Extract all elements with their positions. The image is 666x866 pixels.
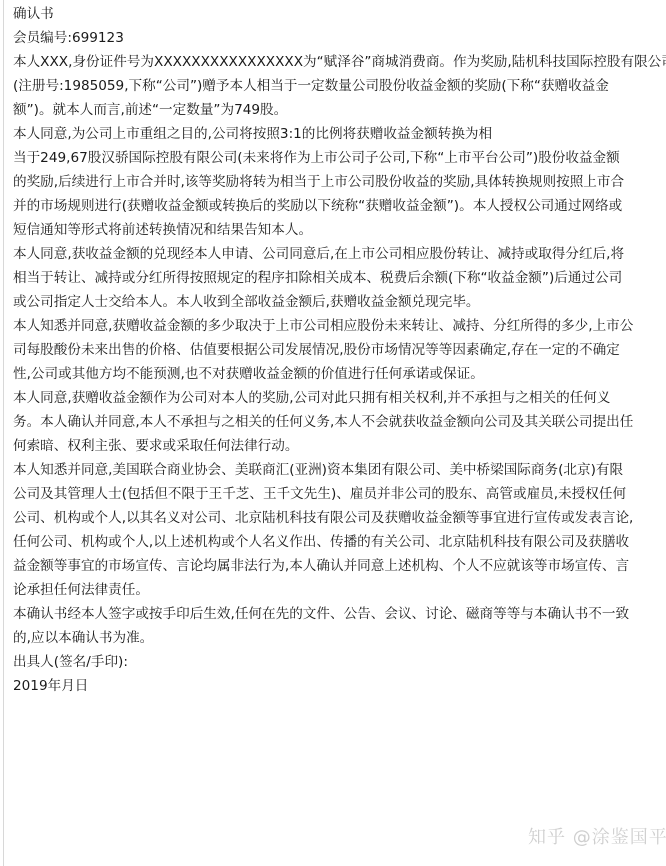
paragraph-obligations: 本人同意,获赠收益金额作为公司对本人的奖励,公司对此只拥有相关权利,并不承担与之… — [13, 386, 666, 458]
text-line: 本人知悉并同意,获赠收益金额的多少取决于上市公司相应股份未来转让、减持、分红所得… — [13, 314, 666, 338]
text-line: 何索暗、权利主张、要求或采取任何法律行动。 — [13, 434, 666, 458]
text-line: (注册号:1985059,下称“公司”)赠予本人相当于一定数量公司股份收益金额的… — [13, 74, 666, 98]
text-line: 或公司指定人士交给本人。本人收到全部收益金额后,获赠收益金额兑现完毕。 — [13, 290, 666, 314]
text-line: 并的市场规则进行(获赠收益金额或转换后的奖励以下统称“获赠收益金额”)。本人授权… — [13, 194, 666, 218]
paragraph-effectiveness: 本确认书经本人签字或按手印后生效,任何在先的文件、公告、会议、讨论、磁商等等与本… — [13, 602, 666, 650]
text-line: 短信通知等形式将前述转换情况和结果告知本人。 — [13, 218, 666, 242]
text-line: 相当于转让、减持或分红所得按照规定的程序扣除相关成本、税费后余额(下称“收益金额… — [13, 266, 666, 290]
date-line: 2019年月日 — [13, 674, 666, 698]
signer-label: 出具人(签名/手印): — [13, 650, 666, 674]
document-title: 确认书 — [13, 2, 666, 26]
text-line: 益金额等事宜的市场宣传、言论均属非法行为,本人确认并同意上述机构、个人不应就该等… — [13, 554, 666, 578]
confirmation-document: 确认书 会员编号:699123 本人XXX,身份证件号为XXXXXXXXXXXX… — [3, 0, 666, 866]
text-line: 本确认书经本人签字或按手印后生效,任何在先的文件、公告、会议、讨论、磁商等等与本… — [13, 602, 666, 626]
paragraph-grant: 本人XXX,身份证件号为XXXXXXXXXXXXXXXX为“赋泽谷”商城消费商。… — [13, 50, 666, 122]
text-line: 公司及其管理人士(包括但不限于王千芝、王千文先生)、雇员并非公司的股东、高管或雇… — [13, 482, 666, 506]
text-line: 本人同意,为公司上市重组之目的,公司将按照3:1的比例将获赠收益金额转换为相 — [13, 122, 666, 146]
text-line: 论承担任何法律责任。 — [13, 578, 666, 602]
zhihu-watermark: 知乎 @涂鉴国平创 — [528, 823, 666, 849]
text-line: 的奖励,后续进行上市合并时,该等奖励将转为相当于上市公司股份收益的奖励,具体转换… — [13, 170, 666, 194]
paragraph-uncertainty: 本人知悉并同意,获赠收益金额的多少取决于上市公司相应股份未来转让、减持、分红所得… — [13, 314, 666, 386]
text-line: 额”)。就本人而言,前述“一定数量”为749股。 — [13, 98, 666, 122]
paragraph-redemption: 本人同意,获收益金额的兑现经本人申请、公司同意后,在上市公司相应股份转让、减持或… — [13, 242, 666, 314]
member-number: 会员编号:699123 — [13, 26, 666, 50]
text-line: 本人同意,获收益金额的兑现经本人申请、公司同意后,在上市公司相应股份转让、减持或… — [13, 242, 666, 266]
text-line: 当于249,67股汉骄国际控股有限公司(未来将作为上市公司子公司,下称“上市平台… — [13, 146, 666, 170]
text-line: 公司、机构或个人,以其名义对公司、北京陆机科技有限公司及获赠收益金额等事宜进行宣… — [13, 506, 666, 530]
text-line: 本人XXX,身份证件号为XXXXXXXXXXXXXXXX为“赋泽谷”商城消费商。… — [13, 50, 666, 74]
text-line: 的,应以本确认书为准。 — [13, 626, 666, 650]
text-line: 本人同意,获赠收益金额作为公司对本人的奖励,公司对此只拥有相关权利,并不承担与之… — [13, 386, 666, 410]
paragraph-conversion: 本人同意,为公司上市重组之目的,公司将按照3:1的比例将获赠收益金额转换为相 当… — [13, 122, 666, 242]
text-line: 任何公司、机构或个人,以上述机构或个人名义作出、传播的有关公司、北京陆机科技有限… — [13, 530, 666, 554]
text-line: 务。本人确认并同意,本人不承担与之相关的任何义务,本人不会就获收益金额向公司及其… — [13, 410, 666, 434]
text-line: 性,公司或其他方均不能预测,也不对获赠收益金额的价值进行任何承诺或保证。 — [13, 362, 666, 386]
text-line: 本人知悉并同意,美国联合商业协会、美联商汇(亚洲)资本集团有限公司、美中桥梁国际… — [13, 458, 666, 482]
text-line: 司每股酸份未来出售的价格、估值要根据公司发展情况,股份市场情况等等因素确定,存在… — [13, 338, 666, 362]
paragraph-disclaimer: 本人知悉并同意,美国联合商业协会、美联商汇(亚洲)资本集团有限公司、美中桥梁国际… — [13, 458, 666, 602]
